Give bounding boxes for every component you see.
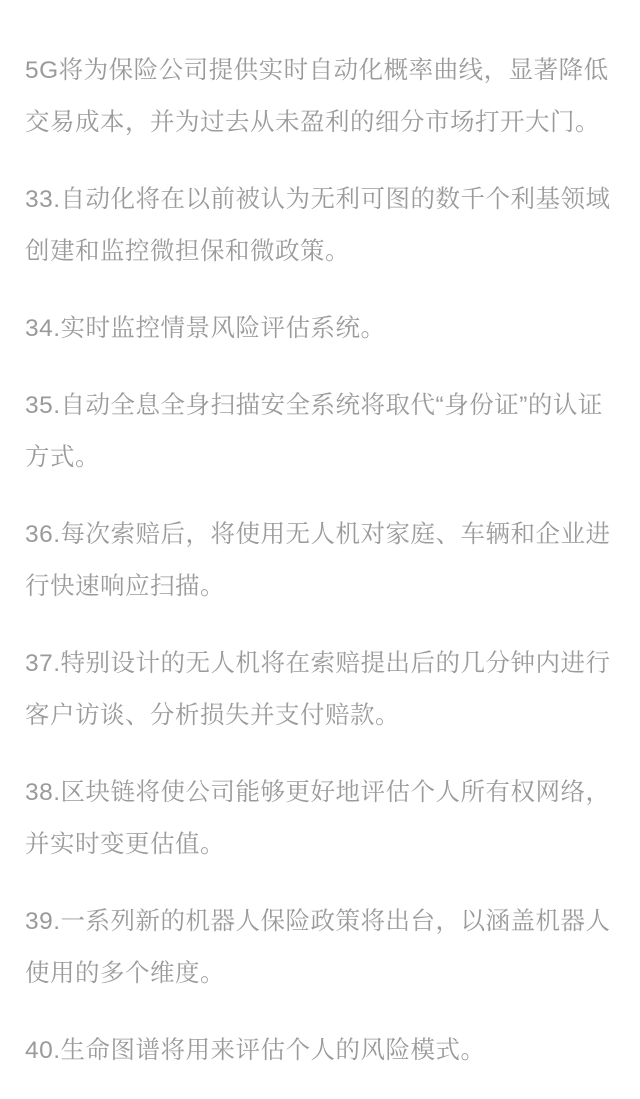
paragraph-item-39: 39.一系列新的机器人保险政策将出台，以涵盖机器人 使用的多个维度。	[25, 896, 615, 1000]
paragraph-item-38: 38.区块链将使公司能够更好地评估个人所有权网络， 并实时变更估值。	[25, 767, 615, 871]
paragraph-item-34: 34.实时监控情景风险评估系统。	[25, 303, 615, 355]
text-screenshot-page: { "page": { "background": "#ffffff", "te…	[0, 0, 640, 1099]
article-body: 5G将为保险公司提供实时自动化概率曲线，显著降低 交易成本，并为过去从未盈利的细…	[0, 0, 640, 1099]
paragraph-item-35: 35.自动全息全身扫描安全系统将取代“身份证”的认证 方式。	[25, 380, 615, 484]
paragraph-intro-5g: 5G将为保险公司提供实时自动化概率曲线，显著降低 交易成本，并为过去从未盈利的细…	[25, 45, 615, 149]
paragraph-item-40: 40.生命图谱将用来评估个人的风险模式。	[25, 1025, 615, 1077]
paragraph-item-37: 37.特别设计的无人机将在索赔提出后的几分钟内进行 客户访谈、分析损失并支付赔款…	[25, 638, 615, 742]
paragraph-item-36: 36.每次索赔后，将使用无人机对家庭、车辆和企业进 行快速响应扫描。	[25, 509, 615, 613]
paragraph-item-33: 33.自动化将在以前被认为无利可图的数千个利基领域 创建和监控微担保和微政策。	[25, 174, 615, 278]
